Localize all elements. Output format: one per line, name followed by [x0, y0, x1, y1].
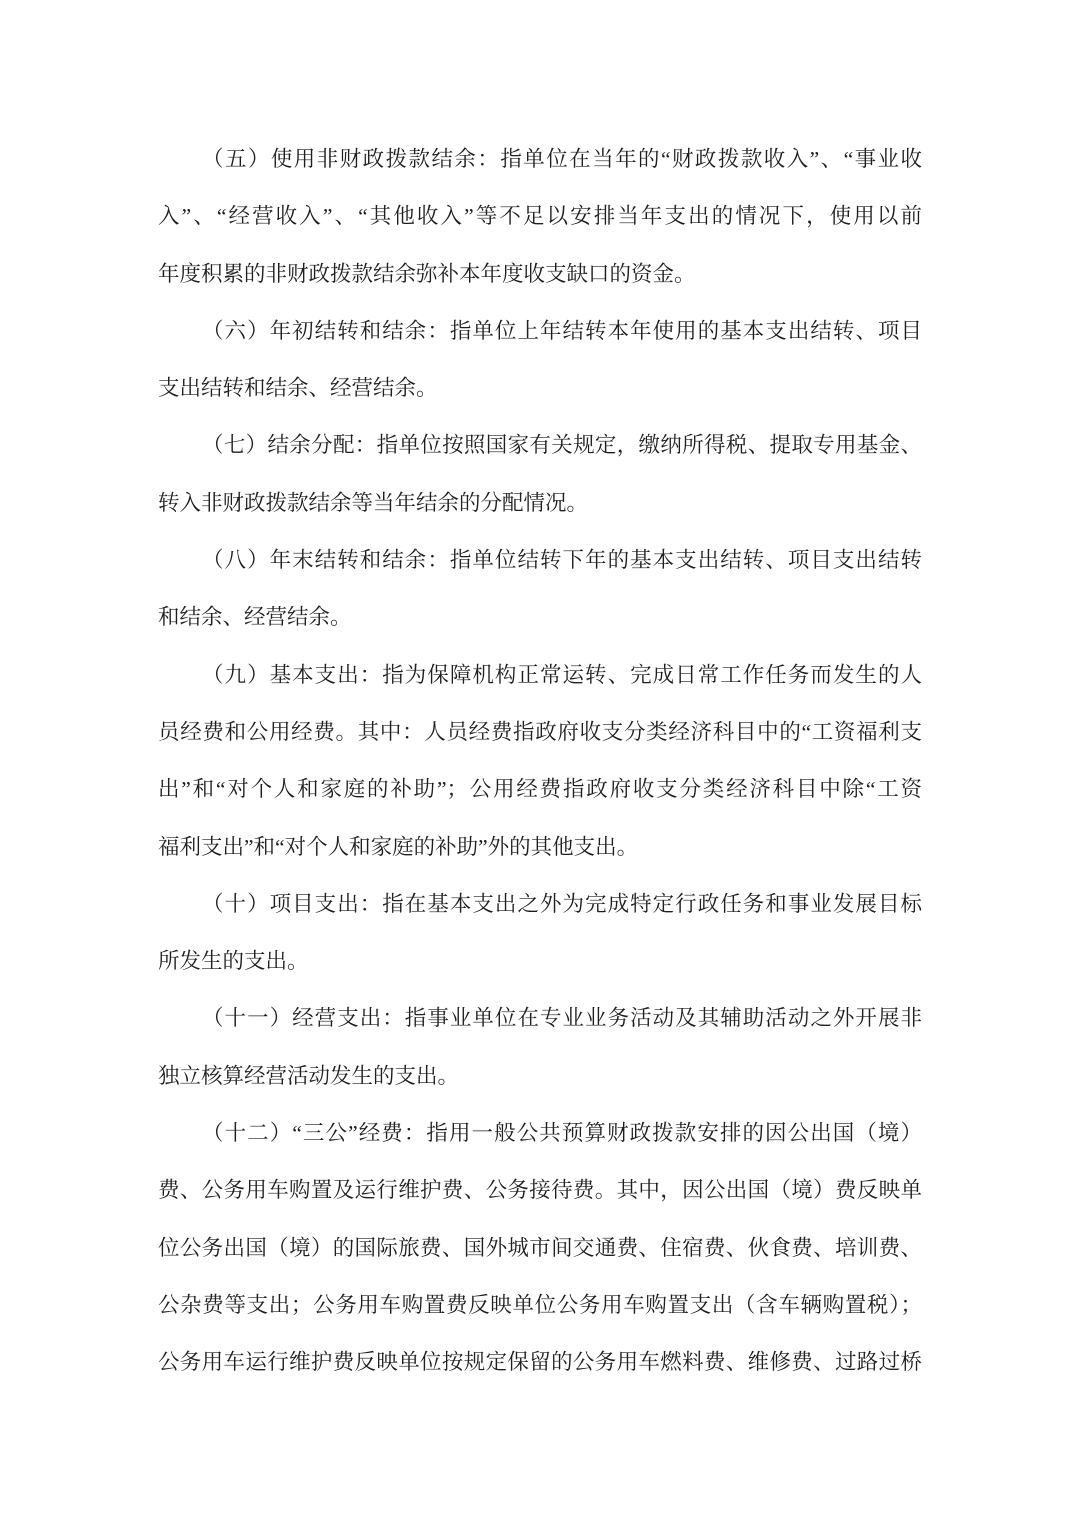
text-line: 转入非财政拨款结余等当年结余的分配情况。: [158, 475, 922, 532]
text-line: 入”、“经营收入”、“其他收入”等不足以安排当年支出的情况下，使用以前: [158, 188, 922, 245]
text-line: 福利支出”和“对个人和家庭的补助”外的其他支出。: [158, 819, 922, 876]
text-line: （五）使用非财政拨款结余：指单位在当年的“财政拨款收入”、“事业收: [158, 131, 922, 188]
text-line: 年度积累的非财政拨款结余弥补本年度收支缺口的资金。: [158, 246, 922, 303]
text-line: 公杂费等支出；公务用车购置费反映单位公务用车购置支出（含车辆购置税）；: [158, 1277, 922, 1334]
text-line: 费、公务用车购置及运行维护费、公务接待费。其中，因公出国（境）费反映单: [158, 1162, 922, 1219]
text-line: （九）基本支出：指为保障机构正常运转、完成日常工作任务而发生的人: [158, 647, 922, 704]
text-line: （十一）经营支出：指事业单位在专业业务活动及其辅助活动之外开展非: [158, 990, 922, 1047]
document-body: （五）使用非财政拨款结余：指单位在当年的“财政拨款收入”、“事业收入”、“经营收…: [158, 0, 922, 1392]
text-line: （七）结余分配：指单位按照国家有关规定，缴纳所得税、提取专用基金、: [158, 417, 922, 474]
text-line: 公务用车运行维护费反映单位按规定保留的公务用车燃料费、维修费、过路过桥: [158, 1334, 922, 1391]
text-line: 出”和“对个人和家庭的补助”；公用经费指政府收支分类经济科目中除“工资: [158, 761, 922, 818]
text-line: （十）项目支出：指在基本支出之外为完成特定行政任务和事业发展目标: [158, 876, 922, 933]
text-line: （八）年末结转和结余：指单位结转下年的基本支出结转、项目支出结转: [158, 532, 922, 589]
document-page: { "page": { "background": "#ffffff", "te…: [0, 0, 1074, 1520]
text-line: 位公务出国（境）的国际旅费、国外城市间交通费、住宿费、伙食费、培训费、: [158, 1220, 922, 1277]
text-line: 和结余、经营结余。: [158, 589, 922, 646]
text-line: 支出结转和结余、经营结余。: [158, 360, 922, 417]
text-line: （六）年初结转和结余：指单位上年结转本年使用的基本支出结转、项目: [158, 303, 922, 360]
text-line: （十二）“三公”经费：指用一般公共预算财政拨款安排的因公出国（境）: [158, 1105, 922, 1162]
text-line: 员经费和公用经费。其中：人员经费指政府收支分类经济科目中的“工资福利支: [158, 704, 922, 761]
text-line: 独立核算经营活动发生的支出。: [158, 1048, 922, 1105]
text-line: 所发生的支出。: [158, 933, 922, 990]
